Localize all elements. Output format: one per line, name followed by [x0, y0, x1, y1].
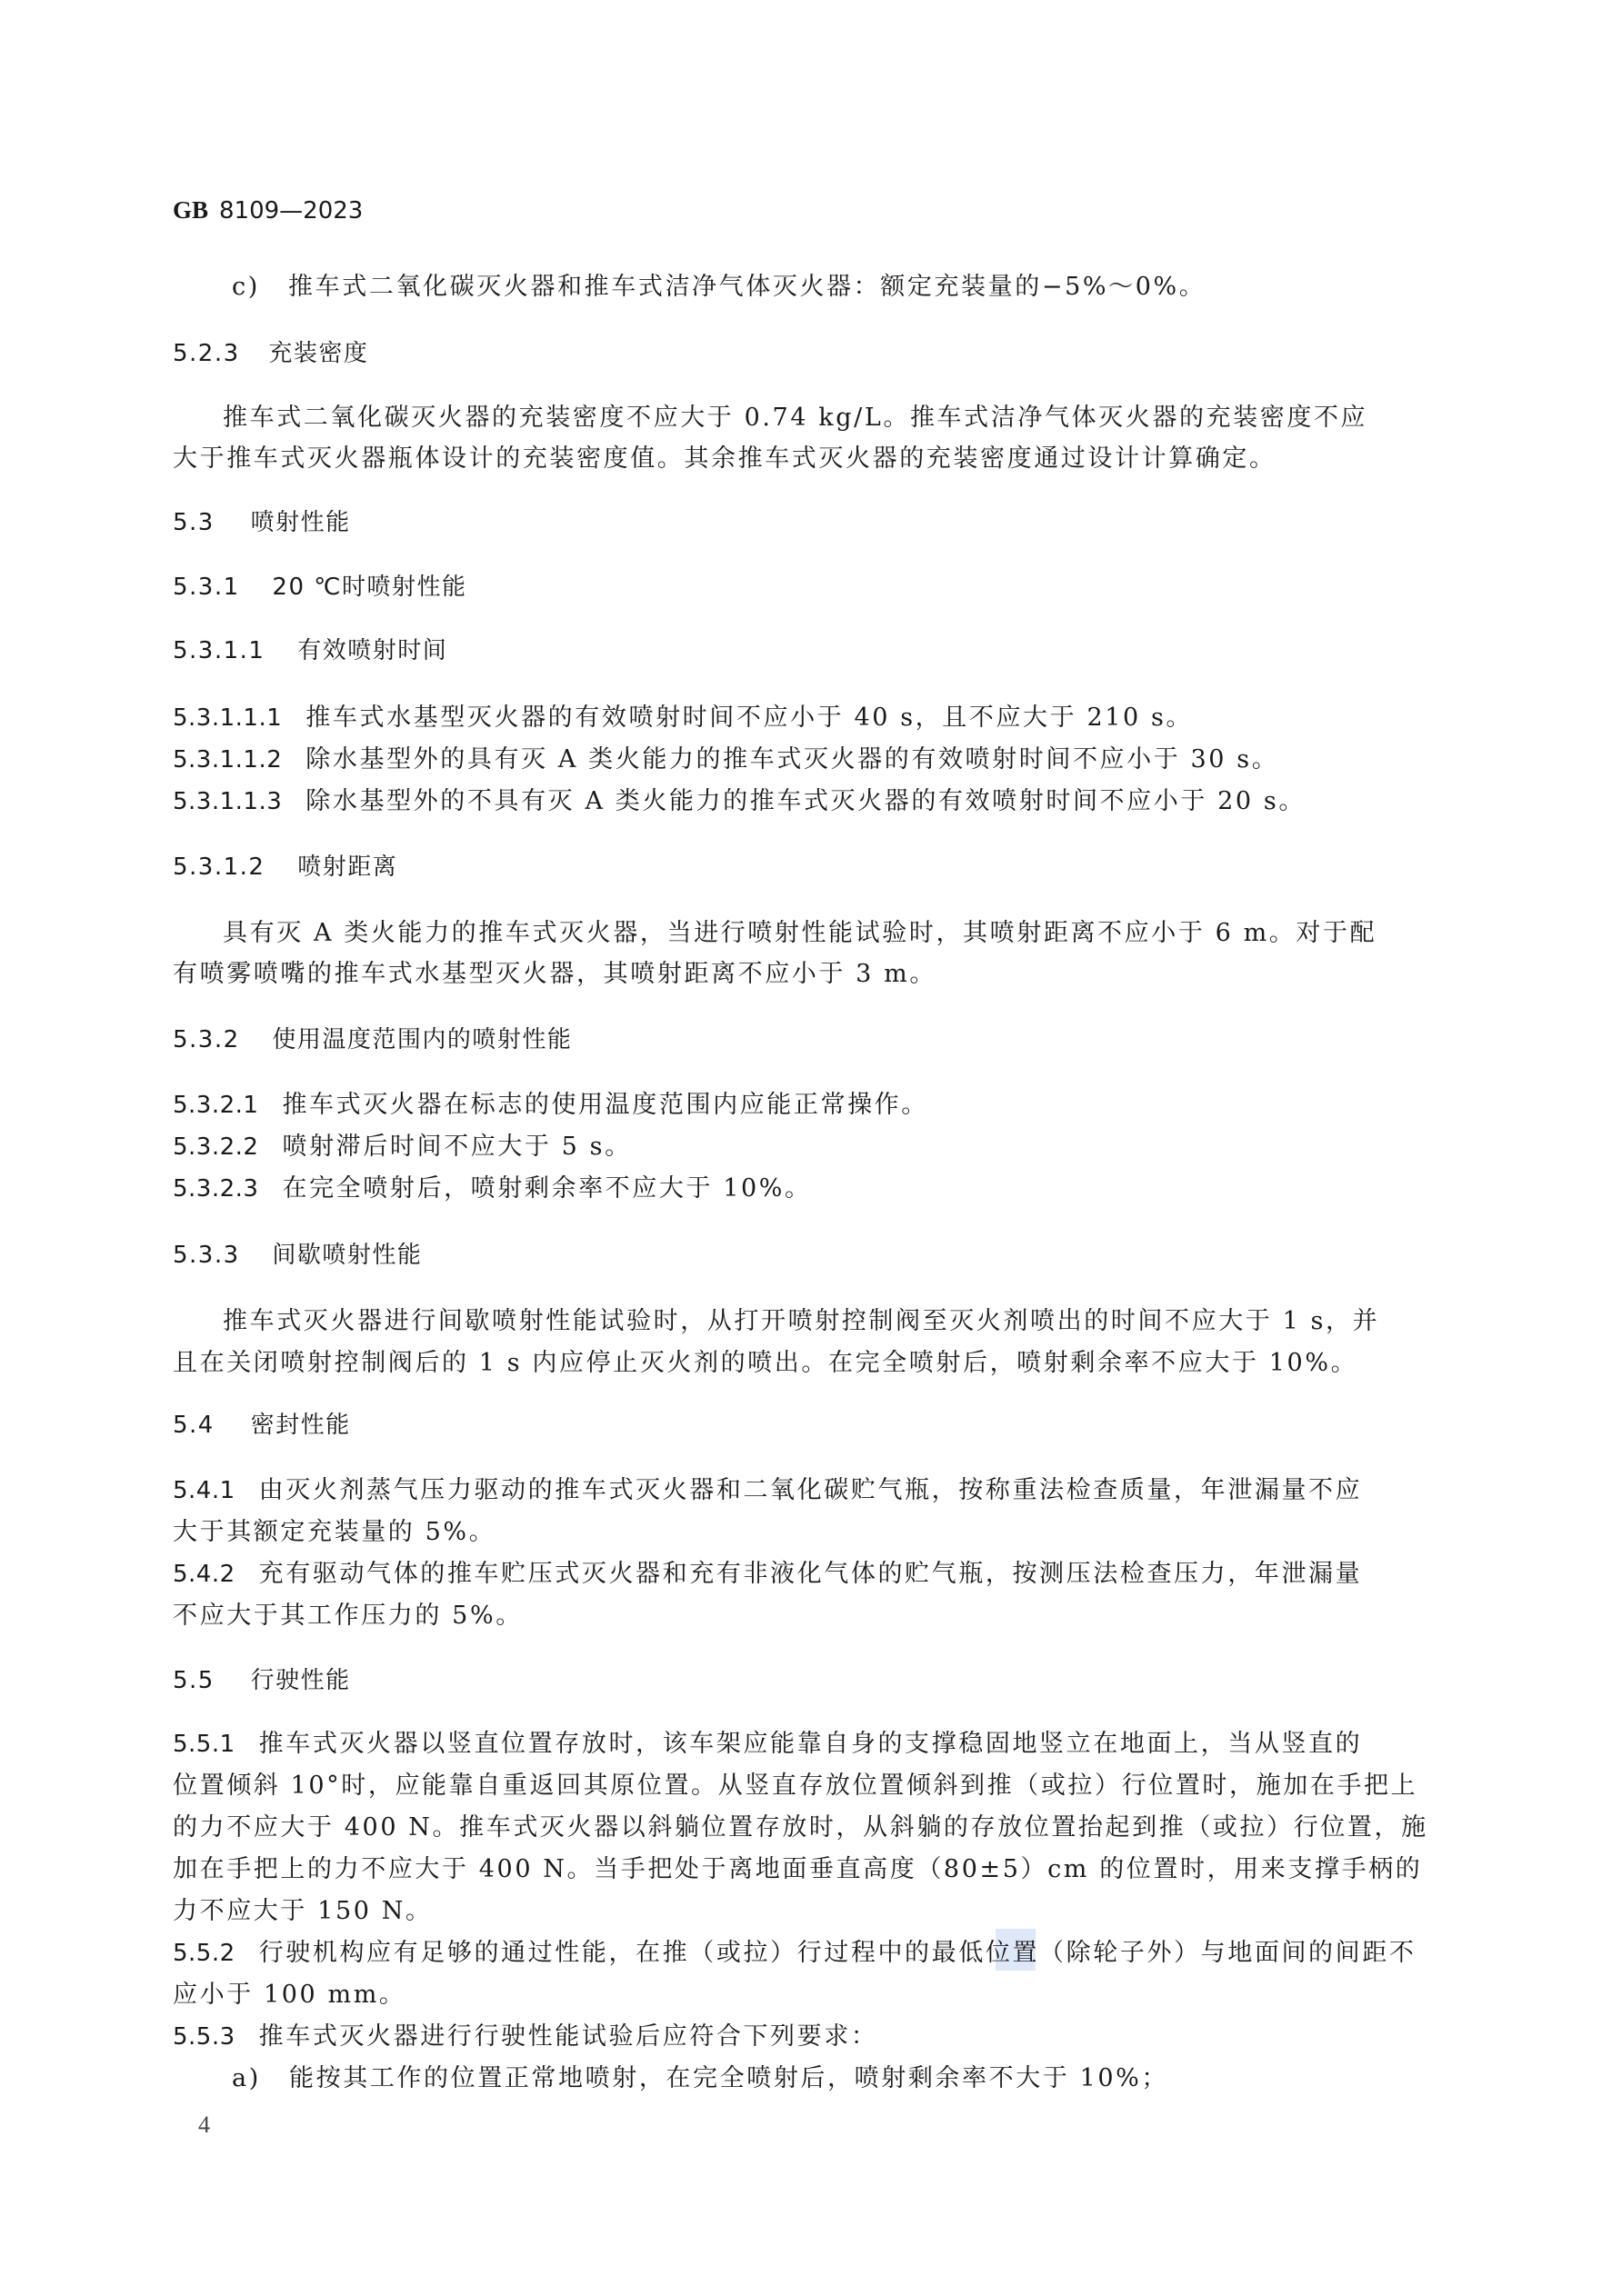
clause-number: 5.5.3 [173, 2025, 235, 2049]
list-label: c) [232, 273, 260, 301]
clause-number: 5.3.2.1 [173, 1093, 258, 1117]
list-label: a) [232, 2064, 261, 2092]
clause-continuation: 大于其额定充装量的 5%。 [173, 1520, 496, 1544]
list-text: 能按其工作的位置正常地喷射，在完全喷射后，喷射剩余率不大于 10%； [289, 2064, 1168, 2092]
standard-prefix: GB [173, 196, 208, 224]
clause-text: 推车式灭火器在标志的使用温度范围内应能正常操作。 [282, 1091, 927, 1119]
heading-number: 5.3.1 [173, 574, 240, 601]
clause-number: 5.3.1.1.1 [173, 706, 282, 730]
paragraph-line: 推车式灭火器进行间歇喷射性能试验时，从打开喷射控制阀至灭火剂喷出的时间不应大于 … [223, 1309, 1379, 1333]
heading-title: 喷射距离 [297, 854, 397, 881]
clause-text: 由灭火剂蒸气压力驱动的推车式灭火器和二氧化碳贮气瓶，按称重法检查质量，年泄漏量不… [259, 1476, 1363, 1504]
list-text: 推车式二氧化碳灭火器和推车式洁净气体灭火器：额定充装量的−5%～0%。 [288, 273, 1206, 301]
clause-5-3-2-3: 5.3.2.3 在完全喷射后，喷射剩余率不应大于 10%。 [173, 1176, 812, 1201]
clause-continuation: 力不应大于 150 N。 [173, 1899, 433, 1923]
clause-text: 推车式灭火器以竖直位置存放时，该车架应能靠自身的支撑稳固地竖立在地面上，当从竖直… [259, 1730, 1363, 1758]
heading-title: 使用温度范围内的喷射性能 [272, 1026, 572, 1053]
clause-5-5-2: 5.5.2 行驶机构应有足够的通过性能，在推（或拉）行过程中的最低位置（除轮子外… [173, 1941, 1416, 1965]
heading-5-3-1-2: 5.3.1.2 喷射距离 [173, 855, 397, 879]
heading-5-5: 5.5 行驶性能 [173, 1669, 351, 1692]
heading-number: 5.2.3 [173, 340, 240, 367]
heading-title: 间歇喷射性能 [272, 1242, 422, 1269]
clause-5-5-3: 5.5.3 推车式灭火器进行行驶性能试验后应符合下列要求： [173, 2024, 877, 2049]
clause-number: 5.3.1.1.2 [173, 748, 282, 772]
clause-text: 推车式水基型灭火器的有效喷射时间不应小于 40 s，且不应大于 210 s。 [305, 704, 1193, 732]
clause-continuation: 位置倾斜 10°时，应能靠自重返回其原位置。从竖直存放位置倾斜到推（或拉）行位置… [173, 1773, 1417, 1798]
heading-5-4: 5.4 密封性能 [173, 1413, 351, 1437]
clause-text: 喷射滞后时间不应大于 5 s。 [282, 1133, 631, 1161]
clause-number: 5.3.2.3 [173, 1177, 258, 1201]
heading-title: 喷射性能 [251, 509, 351, 536]
document-page: GB 8109—2023 c) 推车式二氧化碳灭火器和推车式洁净气体灭火器：额定… [0, 0, 1622, 2296]
clause-number: 5.3.1.1.3 [173, 790, 282, 814]
clause-number: 5.5.1 [173, 1732, 235, 1756]
list-item-a: a) 能按其工作的位置正常地喷射，在完全喷射后，喷射剩余率不大于 10%； [232, 2066, 1168, 2091]
heading-5-3: 5.3 喷射性能 [173, 511, 351, 534]
heading-number: 5.5 [173, 1667, 215, 1694]
heading-5-2-3: 5.2.3 充装密度 [173, 342, 368, 365]
clause-5-3-2-2: 5.3.2.2 喷射滞后时间不应大于 5 s。 [173, 1134, 632, 1159]
clause-continuation: 应小于 100 mm。 [173, 1982, 406, 2007]
paragraph-line: 推车式二氧化碳灭火器的充装密度不应大于 0.74 kg/L。推车式洁净气体灭火器… [223, 405, 1367, 430]
heading-5-3-2: 5.3.2 使用温度范围内的喷射性能 [173, 1028, 572, 1052]
heading-number: 5.3.3 [173, 1242, 240, 1269]
clause-5-3-1-1-2: 5.3.1.1.2 除水基型外的具有灭 A 类火能力的推车式灭火器的有效喷射时间… [173, 747, 1278, 772]
clause-text: 充有驱动气体的推车贮压式灭火器和充有非液化气体的贮气瓶，按测压法检查压力，年泄漏… [259, 1560, 1363, 1588]
heading-5-3-3: 5.3.3 间歇喷射性能 [173, 1243, 422, 1267]
list-item-c: c) 推车式二氧化碳灭火器和推车式洁净气体灭火器：额定充装量的−5%～0%。 [232, 275, 1206, 299]
clause-continuation: 不应大于其工作压力的 5%。 [173, 1603, 523, 1628]
clause-5-4-2: 5.4.2 充有驱动气体的推车贮压式灭火器和充有非液化气体的贮气瓶，按测压法检查… [173, 1562, 1362, 1586]
page-number: 4 [198, 2113, 210, 2137]
clause-number: 5.4.1 [173, 1479, 235, 1502]
heading-5-3-1-1: 5.3.1.1 有效喷射时间 [173, 639, 447, 663]
paragraph-line: 有喷雾喷嘴的推车式水基型灭火器，其喷射距离不应小于 3 m。 [173, 962, 936, 986]
clause-5-3-1-1-1: 5.3.1.1.1 推车式水基型灭火器的有效喷射时间不应小于 40 s，且不应大… [173, 705, 1193, 730]
heading-title: 20 ℃时喷射性能 [272, 574, 466, 601]
heading-title: 行驶性能 [251, 1667, 351, 1694]
heading-5-3-1: 5.3.1 20 ℃时喷射性能 [173, 575, 466, 599]
clause-number: 5.5.2 [173, 1942, 235, 1965]
standard-number: 8109—2023 [219, 197, 363, 225]
heading-number: 5.4 [173, 1412, 215, 1439]
heading-number: 5.3 [173, 509, 215, 536]
clause-text: 行驶机构应有足够的通过性能，在推（或拉）行过程中的最低位置（除轮子外）与地面间的… [259, 1939, 1417, 1967]
heading-title: 充装密度 [268, 340, 368, 367]
standard-header: GB 8109—2023 [173, 198, 363, 223]
clause-text: 除水基型外的不具有灭 A 类火能力的推车式灭火器的有效喷射时间不应小于 20 s… [305, 787, 1306, 815]
heading-number: 5.3.2 [173, 1026, 240, 1053]
clause-5-4-1: 5.4.1 由灭火剂蒸气压力驱动的推车式灭火器和二氧化碳贮气瓶，按称重法检查质量… [173, 1478, 1362, 1502]
paragraph-line: 且在关闭喷射控制阀后的 1 s 内应停止灭火剂的喷出。在完全喷射后，喷射剩余率不… [173, 1351, 1357, 1375]
heading-number: 5.3.1.1 [173, 637, 265, 664]
clause-5-3-1-1-3: 5.3.1.1.3 除水基型外的不具有灭 A 类火能力的推车式灭火器的有效喷射时… [173, 789, 1306, 814]
clause-number: 5.3.2.2 [173, 1135, 258, 1159]
clause-continuation: 的力不应大于 400 N。推车式灭火器以斜躺位置存放时，从斜躺的存放位置抬起到推… [173, 1815, 1428, 1840]
clause-5-5-1: 5.5.1 推车式灭火器以竖直位置存放时，该车架应能靠自身的支撑稳固地竖立在地面… [173, 1732, 1362, 1756]
clause-continuation: 加在手把上的力不应大于 400 N。当手把处于离地面垂直高度（80±5）cm 的… [173, 1857, 1422, 1882]
clause-text: 在完全喷射后，喷射剩余率不应大于 10%。 [282, 1174, 811, 1203]
clause-number: 5.4.2 [173, 1562, 235, 1586]
heading-title: 有效喷射时间 [297, 637, 447, 664]
clause-text: 除水基型外的具有灭 A 类火能力的推车式灭火器的有效喷射时间不应小于 30 s。 [305, 745, 1278, 774]
heading-title: 密封性能 [251, 1412, 351, 1439]
clause-5-3-2-1: 5.3.2.1 推车式灭火器在标志的使用温度范围内应能正常操作。 [173, 1093, 928, 1117]
paragraph-line: 大于推车式灭火器瓶体设计的充装密度值。其余推车式灭火器的充装密度通过设计计算确定… [173, 446, 1277, 471]
heading-number: 5.3.1.2 [173, 854, 265, 881]
paragraph-line: 具有灭 A 类火能力的推车式灭火器，当进行喷射性能试验时，其喷射距离不应小于 6… [223, 921, 1377, 945]
clause-text: 推车式灭火器进行行驶性能试验后应符合下列要求： [259, 2022, 878, 2051]
